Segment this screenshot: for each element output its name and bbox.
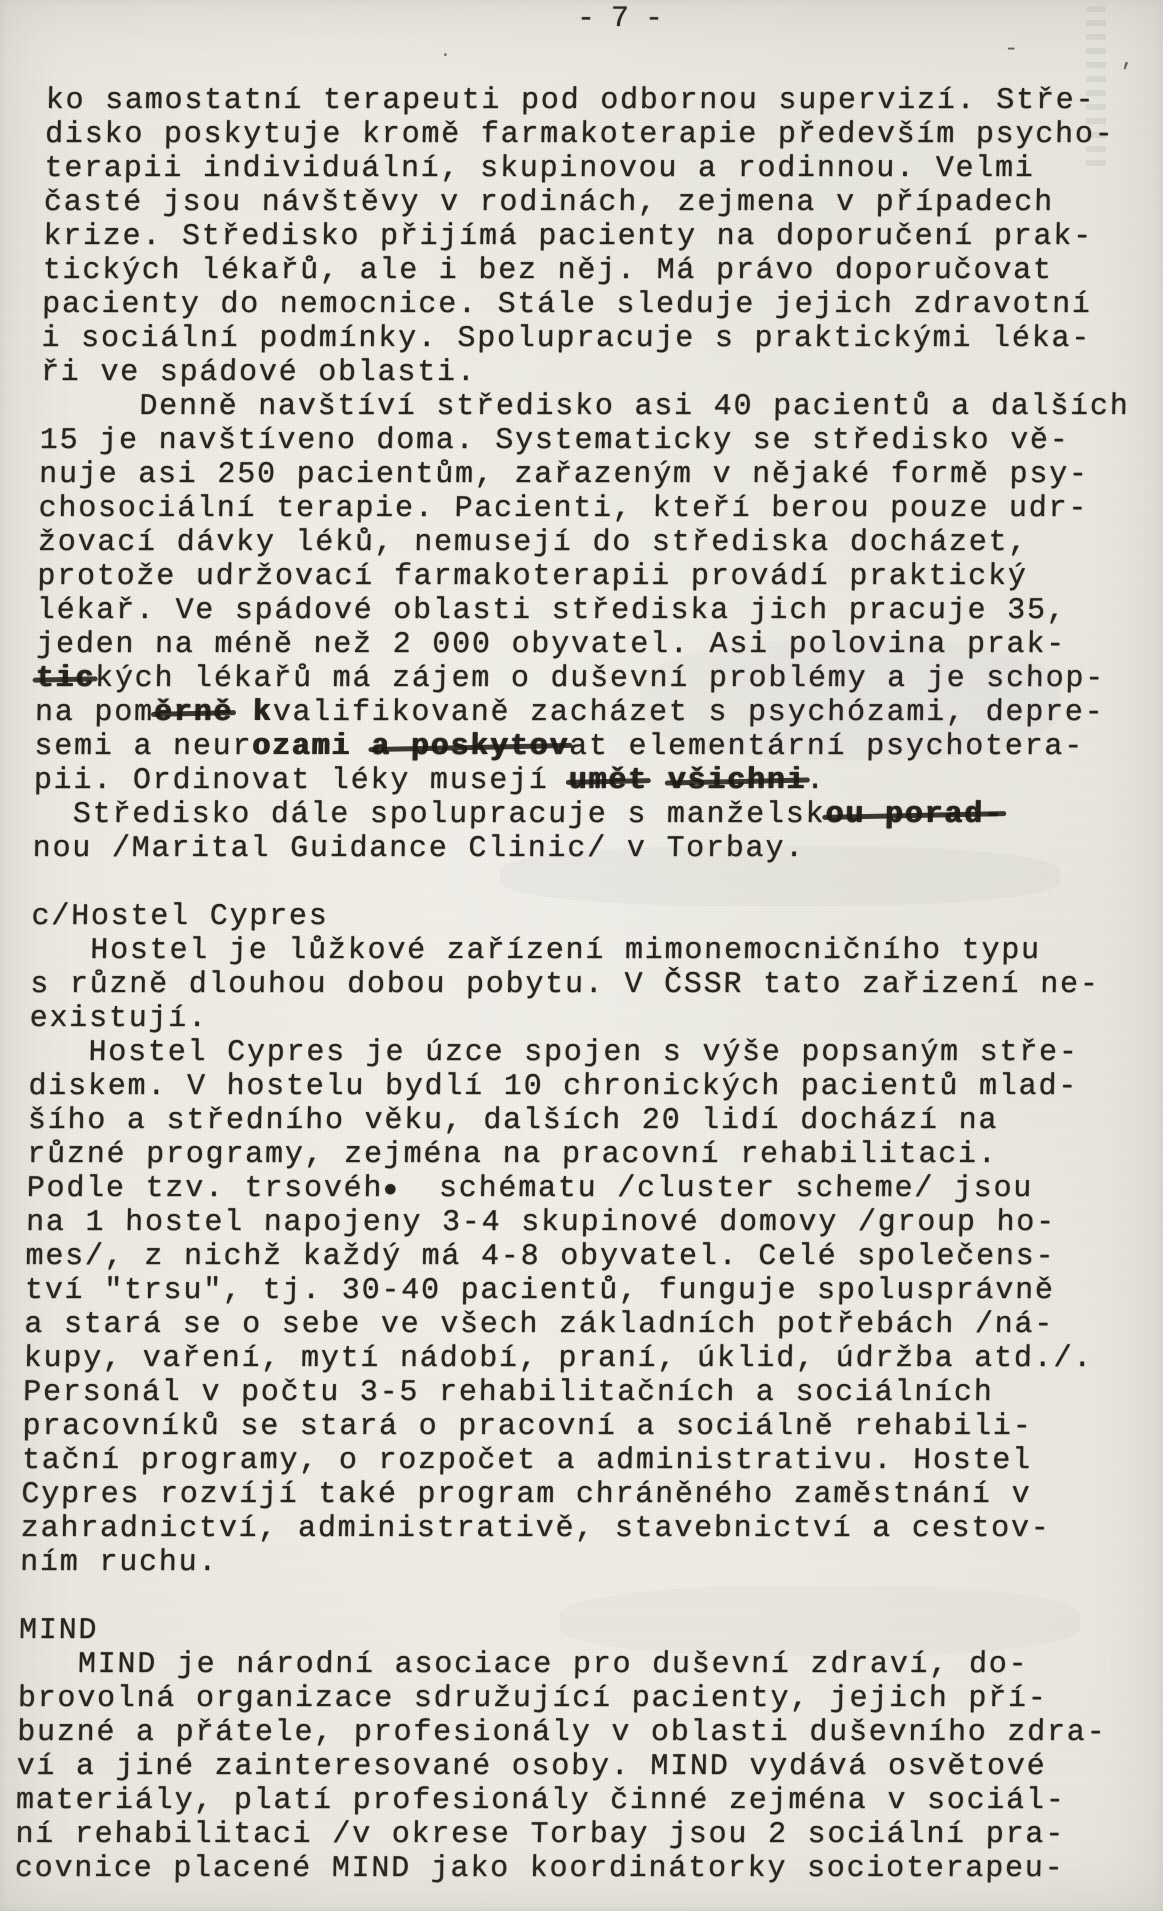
- text-segment: kých lékařů má zájem o duševní problémy …: [95, 662, 1106, 696]
- text-line: MIND je národní asociace pro duševní zdr…: [18, 1648, 1139, 1682]
- text-segment: ním ruchu.: [20, 1546, 219, 1580]
- text-segment: MIND: [19, 1614, 99, 1648]
- blank-line: [19, 1580, 1140, 1614]
- document-page: - ' . - 7 - ko samostatní terapeuti pod …: [0, 0, 1163, 1911]
- text-segment: i sociální podmínky. Spolupracuje s prak…: [41, 322, 1091, 356]
- text-line: materiály, platí profesionály činné zejm…: [16, 1784, 1137, 1818]
- text-segment: disko poskytuje kromě farmakoterapie pře…: [45, 118, 1115, 152]
- text-segment: semi a neur: [34, 730, 252, 764]
- text-segment: Cypres rozvíjí také program chráněného z…: [21, 1478, 1032, 1512]
- text-line: na 1 hostel napojeny 3-4 skupinové domov…: [26, 1206, 1147, 1240]
- document-body: ko samostatní terapeuti pod odbornou sup…: [15, 84, 1163, 1886]
- text-line: diskem. V hostelu bydlí 10 chronických p…: [28, 1070, 1149, 1104]
- text-segment: c/Hostel Cypres: [31, 900, 329, 934]
- text-line: Hostel je lůžkové zařízení mimonemocničn…: [31, 934, 1152, 968]
- text-line: Středisko dále spolupracuje s manželskou…: [33, 798, 1154, 832]
- text-segment: protože udržovací farmakoterapii provádí…: [37, 560, 1028, 594]
- text-segment: pacienty do nemocnice. Stále sleduje jej…: [42, 288, 1092, 322]
- text-segment: ví a jiné zainteresované osoby. MIND vyd…: [16, 1750, 1046, 1784]
- text-segment: buzné a přátele, profesionály v oblasti …: [17, 1716, 1107, 1750]
- text-line: žovací dávky léků, nemusejí do střediska…: [38, 526, 1159, 560]
- text-segment: šího a středního věku, dalších 20 lidí d…: [28, 1104, 999, 1138]
- text-line: Cypres rozvíjí také program chráněného z…: [21, 1478, 1142, 1512]
- text-line: na poměrně kvalifikovaně zacházet s psyc…: [35, 696, 1156, 730]
- struck-text: tic: [35, 662, 95, 696]
- text-line: i sociální podmínky. Spolupracuje s prak…: [41, 322, 1162, 356]
- text-line: jeden na méně než 2 000 obyvatel. Asi po…: [36, 628, 1157, 662]
- struck-text: a poskytov: [371, 730, 570, 764]
- text-line: pii. Ordinovat léky musejí umět všichni.: [34, 764, 1155, 798]
- text-segment: Podle tzv. trsovéh: [26, 1172, 383, 1206]
- text-segment: schématu /cluster scheme/ jsou: [399, 1172, 1033, 1206]
- page-number: - 7 -: [577, 2, 662, 36]
- text-segment: mes/, z nichž každý má 4-8 obyvatel. Cel…: [25, 1240, 1055, 1274]
- text-line: c/Hostel Cypres: [31, 900, 1152, 934]
- text-segment: materiály, platí profesionály činné zejm…: [16, 1784, 1066, 1818]
- text-line: tví "trsu", tj. 30-40 pacientů, funguje …: [25, 1274, 1146, 1308]
- text-line: šího a středního věku, dalších 20 lidí d…: [28, 1104, 1149, 1138]
- text-segment: časté jsou návštěvy v rodinách, zejmena …: [44, 186, 1055, 220]
- text-line: pracovníků se stará o pracovní a sociáln…: [22, 1410, 1143, 1444]
- text-segment: existují.: [29, 1002, 208, 1036]
- text-line: tických lékařů má zájem o duševní problé…: [35, 662, 1156, 696]
- text-segment: jeden na méně než 2 000 obyvatel. Asi po…: [36, 628, 1066, 662]
- stray-mark: -: [1004, 36, 1018, 63]
- text-segment: Hostel Cypres je úzce spojen s výše pops…: [29, 1036, 1079, 1070]
- text-line: s různě dlouhou dobou pobytu. V ČSSR tat…: [30, 968, 1151, 1002]
- text-line: a stará se o sebe ve všech základních po…: [24, 1308, 1145, 1342]
- text-segment: zahradnictví, administrativě, stavebnict…: [20, 1512, 1050, 1546]
- text-line: ko samostatní terapeuti pod odbornou sup…: [45, 84, 1163, 118]
- text-segment: nuje asi 250 pacientům, zařazeným v něja…: [39, 458, 1089, 492]
- text-segment: ní rehabilitaci /v okrese Torbay jsou 2 …: [15, 1818, 1065, 1852]
- text-line: časté jsou návštěvy v rodinách, zejmena …: [44, 186, 1163, 220]
- text-line: protože udržovací farmakoterapii provádí…: [37, 560, 1158, 594]
- text-segment: krize. Středisko přijímá pacienty na dop…: [43, 220, 1093, 254]
- ink-blob: ●: [383, 1177, 400, 1204]
- text-line: lékař. Ve spádové oblasti střediska jich…: [37, 594, 1158, 628]
- text-segment: kupy, vaření, mytí nádobí, praní, úklid,…: [23, 1342, 1093, 1376]
- text-line: ři ve spádové oblasti.: [41, 356, 1162, 390]
- text-line: disko poskytuje kromě farmakoterapie pře…: [45, 118, 1163, 152]
- text-line: Podle tzv. trsovéh● schématu /cluster sc…: [26, 1172, 1147, 1206]
- text-segment: Personál v počtu 3-5 rehabilitačních a s…: [23, 1376, 994, 1410]
- text-segment: a stará se o sebe ve všech základních po…: [24, 1308, 1054, 1342]
- text-line: Personál v počtu 3-5 rehabilitačních a s…: [23, 1376, 1144, 1410]
- overtyped-text: ozami: [252, 730, 352, 764]
- text-segment: lékař. Ve spádové oblasti střediska jich…: [37, 594, 1067, 628]
- text-line: chosociální terapie. Pacienti, kteří ber…: [38, 492, 1159, 526]
- text-segment: MIND je národní asociace pro duševní zdr…: [18, 1648, 1029, 1682]
- struck-text: ou porad-: [825, 798, 1004, 832]
- text-segment: ři ve spádové oblasti.: [41, 356, 477, 390]
- text-line: existují.: [29, 1002, 1150, 1036]
- text-segment: pracovníků se stará o pracovní a sociáln…: [22, 1410, 1033, 1444]
- struck-text: umět: [568, 764, 648, 798]
- text-segment: at elementární psychotera-: [569, 730, 1084, 764]
- text-segment: valifikovaně zacházet s psychózami, depr…: [272, 696, 1104, 730]
- text-line: tační programy, o rozpočet a administrat…: [22, 1444, 1143, 1478]
- text-line: ním ruchu.: [20, 1546, 1141, 1580]
- text-segment: různé programy, zejména na pracovní reha…: [27, 1138, 998, 1172]
- text-segment: pii. Ordinovat léky musejí: [34, 764, 569, 798]
- text-line: ví a jiné zainteresované osoby. MIND vyd…: [16, 1750, 1137, 1784]
- text-segment: chosociální terapie. Pacienti, kteří ber…: [38, 492, 1088, 526]
- text-line: buzné a přátele, profesionály v oblasti …: [17, 1716, 1138, 1750]
- text-segment: tační programy, o rozpočet a administrat…: [22, 1444, 1033, 1478]
- text-segment: s různě dlouhou dobou pobytu. V ČSSR tat…: [30, 968, 1100, 1002]
- text-line: tických lékařů, ale i bez něj. Má právo …: [42, 254, 1163, 288]
- text-segment: žovací dávky léků, nemusejí do střediska…: [38, 526, 1029, 560]
- blank-line: [32, 866, 1153, 900]
- text-segment: ko samostatní terapeuti pod odbornou sup…: [45, 84, 1095, 118]
- stray-mark: .: [440, 42, 451, 62]
- text-segment: tických lékařů, ale i bez něj. Má právo …: [42, 254, 1053, 288]
- text-line: zahradnictví, administrativě, stavebnict…: [20, 1512, 1141, 1546]
- text-line: 15 je navštíveno doma. Systematicky se s…: [39, 424, 1160, 458]
- text-line: různé programy, zejména na pracovní reha…: [27, 1138, 1148, 1172]
- text-line: krize. Středisko přijímá pacienty na dop…: [43, 220, 1163, 254]
- text-line: ní rehabilitaci /v okrese Torbay jsou 2 …: [15, 1818, 1136, 1852]
- struck-text: ěrně: [154, 696, 234, 730]
- text-segment: tví "trsu", tj. 30-40 pacientů, funguje …: [25, 1274, 1055, 1308]
- text-line: terapii individuální, skupinovou a rodin…: [44, 152, 1163, 186]
- struck-text: všichni: [667, 764, 806, 798]
- text-segment: terapii individuální, skupinovou a rodin…: [44, 152, 1035, 186]
- text-segment: Středisko dále spolupracuje s manželsk: [33, 798, 826, 832]
- text-segment: diskem. V hostelu bydlí 10 chronických p…: [28, 1070, 1078, 1104]
- text-segment: na 1 hostel napojeny 3-4 skupinové domov…: [26, 1206, 1056, 1240]
- overtyped-text: k: [253, 696, 273, 730]
- text-line: MIND: [19, 1614, 1140, 1648]
- text-segment: Hostel je lůžkové zařízení mimonemocničn…: [31, 934, 1042, 968]
- text-line: pacienty do nemocnice. Stále sleduje jej…: [42, 288, 1163, 322]
- text-line: covnice placené MIND jako koordinátorky …: [15, 1852, 1136, 1886]
- text-segment: nou /Marital Guidance Clinic/ v Torbay.: [32, 832, 805, 866]
- text-line: semi a neurozami a poskytovat elementárn…: [34, 730, 1155, 764]
- text-segment: brovolná organizace sdružující pacienty,…: [18, 1682, 1048, 1716]
- text-segment: covnice placené MIND jako koordinátorky …: [15, 1852, 1065, 1886]
- text-line: Denně navštíví středisko asi 40 pacientů…: [40, 390, 1161, 424]
- text-line: mes/, z nichž každý má 4-8 obyvatel. Cel…: [25, 1240, 1146, 1274]
- text-line: kupy, vaření, mytí nádobí, praní, úklid,…: [23, 1342, 1144, 1376]
- text-segment: na pom: [35, 696, 154, 730]
- text-line: Hostel Cypres je úzce spojen s výše pops…: [29, 1036, 1150, 1070]
- text-segment: Denně navštíví středisko asi 40 pacientů…: [40, 390, 1130, 424]
- text-line: brovolná organizace sdružující pacienty,…: [18, 1682, 1139, 1716]
- text-line: nuje asi 250 pacientům, zařazeným v něja…: [39, 458, 1160, 492]
- text-segment: 15 je navštíveno doma. Systematicky se s…: [39, 424, 1069, 458]
- text-line: nou /Marital Guidance Clinic/ v Torbay.: [32, 832, 1153, 866]
